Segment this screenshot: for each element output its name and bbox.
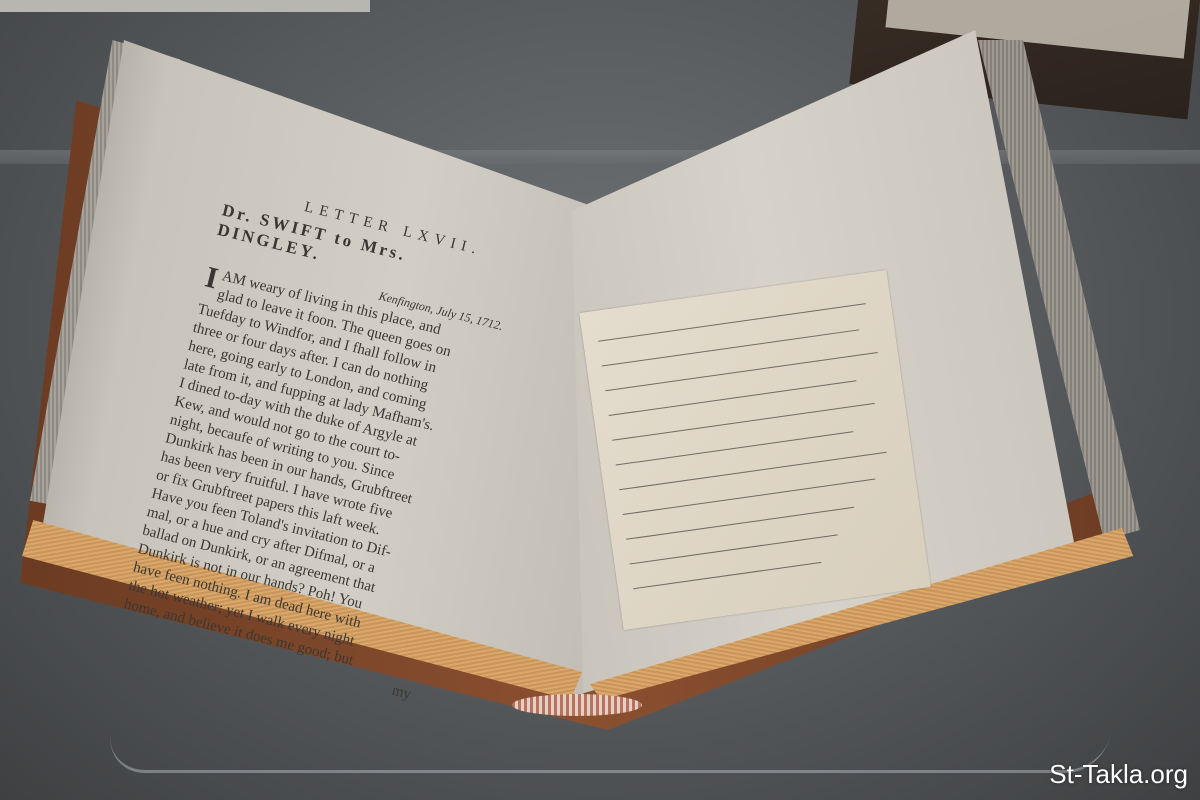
handwriting-line xyxy=(630,534,838,564)
headband xyxy=(512,694,642,716)
pasted-manuscript-note xyxy=(579,270,931,630)
open-book: LETTER LXVII. Dr. SWIFT to Mrs. DINGLEY.… xyxy=(0,0,1200,800)
handwriting-line xyxy=(605,352,877,391)
handwriting-line xyxy=(626,507,854,540)
museum-display-case: LETTER LXVII. Dr. SWIFT to Mrs. DINGLEY.… xyxy=(0,0,1200,800)
handwriting-line xyxy=(598,303,866,342)
watermark: St-Takla.org xyxy=(1049,759,1188,790)
handwriting-line xyxy=(633,562,821,589)
